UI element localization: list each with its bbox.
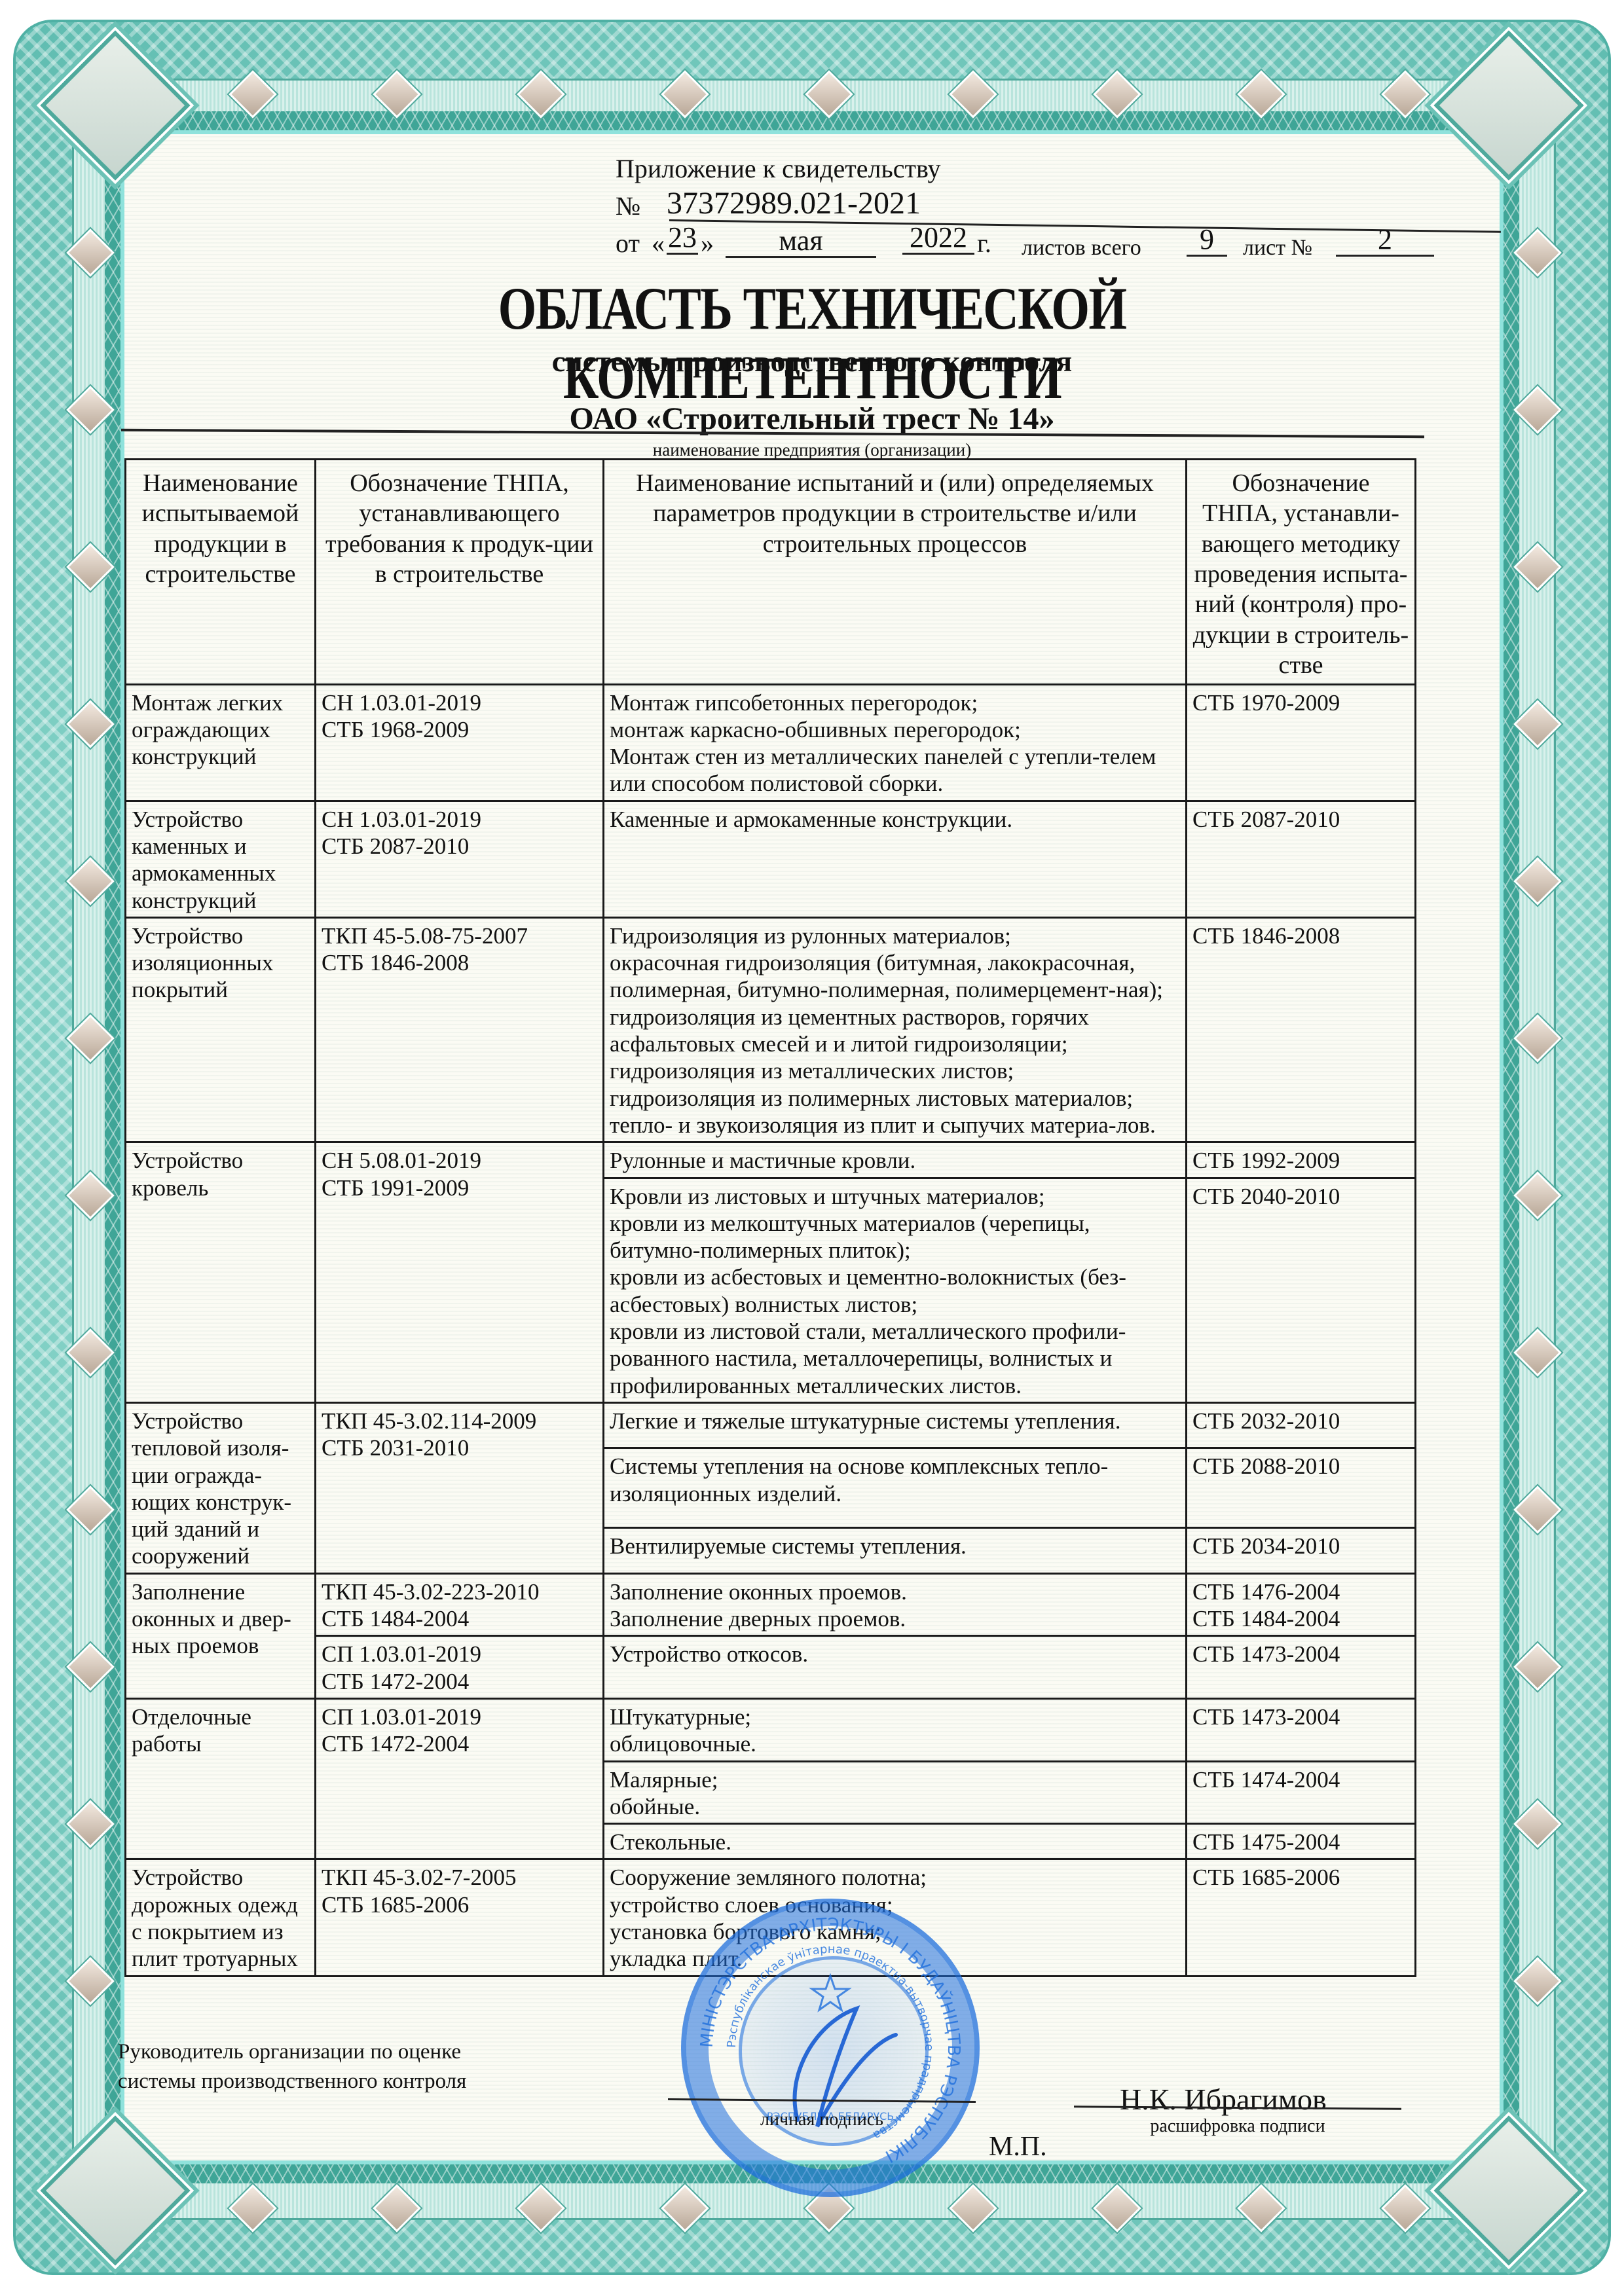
cell-line: СТБ 1484-2004 (322, 1605, 597, 1632)
methods-cell: СТБ 1685-2006 (1187, 1859, 1416, 1976)
sheet-label: лист № (1243, 236, 1312, 261)
tests-cell: Легкие и тяжелые штукатурные системы уте… (604, 1402, 1187, 1448)
date-year: 2022 (902, 223, 974, 255)
product-cell: Устройство кровель (126, 1142, 316, 1403)
cell-line: гидроизоляция из цементных растворов, го… (610, 1004, 1180, 1058)
cell-line: Кровли из листовых и штучных материалов; (610, 1183, 1180, 1210)
cell-line: СТБ 2087-2010 (322, 833, 597, 860)
name-caption: расшифровка подписи (1074, 2116, 1401, 2137)
product-cell: Устройство изоляционных покрытий (126, 917, 316, 1142)
methods-cell: СТБ 1474-2004 (1187, 1761, 1416, 1824)
stamp-text: МІНІСТЭРСТВА АРХІТЭКТУРЫ І БУДАЎНІЦТВА Р… (686, 1904, 974, 2192)
signer-name: Н.К. Ибрагимов (1120, 2082, 1327, 2117)
cell-line: ТКП 45-5.08-75-2007 (322, 922, 597, 949)
cell-line: СТБ 1992-2009 (1192, 1147, 1409, 1174)
signatory-role-line2: системы производственного контроля (118, 2067, 466, 2096)
signatory-role: Руководитель организации по оценке систе… (118, 2037, 466, 2096)
cell-line: Штукатурные; (610, 1704, 1180, 1730)
cell-line: СН 1.03.01-2019 (322, 806, 597, 833)
requirements-cell: ТКП 45-3.02-7-2005СТБ 1685-2006 (316, 1859, 604, 1976)
table-header-row: Наименование испытываемой продукции в ст… (126, 460, 1416, 685)
table-row: Устройство тепловой изоля-ции огражда-ющ… (126, 1402, 1416, 1448)
cell-line: Монтаж стен из металлических панелей с у… (610, 743, 1180, 797)
methods-cell: СТБ 2034-2010 (1187, 1528, 1416, 1573)
methods-cell: СТБ 1992-2009 (1187, 1142, 1416, 1178)
tests-cell: Каменные и армокаменные конструкции. (604, 801, 1187, 917)
product-cell: Устройство каменных и армокаменных конст… (126, 801, 316, 917)
tests-cell: Монтаж гипсобетонных перегородок;монтаж … (604, 684, 1187, 801)
date-day: 23 (667, 223, 698, 255)
quote-open: « (652, 230, 665, 257)
organization-caption: наименование предприятия (организации) (196, 440, 1428, 460)
cell-line: СТБ 2032-2010 (1192, 1408, 1409, 1434)
requirements-cell: ТКП 45-5.08-75-2007СТБ 1846-2008 (316, 917, 604, 1142)
document-subtitle: системы производственного контроля (196, 344, 1428, 378)
table-row: Устройство каменных и армокаменных конст… (126, 801, 1416, 917)
tests-cell: Кровли из листовых и штучных материалов;… (604, 1178, 1187, 1402)
table-row: Отделочные работыСП 1.03.01-2019СТБ 1472… (126, 1698, 1416, 1761)
cell-line: СТБ 1685-2006 (322, 1891, 597, 1918)
document-title: ОБЛАСТЬ ТЕХНИЧЕСКОЙ КОМПЕТЕНТНОСТИ (307, 274, 1317, 412)
tests-cell: Вентилируемые системы утепления. (604, 1528, 1187, 1573)
methods-cell: СТБ 1970-2009 (1187, 684, 1416, 801)
methods-cell: СТБ 1476-2004СТБ 1484-2004 (1187, 1573, 1416, 1636)
tests-cell: Штукатурные;облицовочные. (604, 1698, 1187, 1761)
cell-line: СТБ 2087-2010 (1192, 806, 1409, 833)
header-product: Наименование испытываемой продукции в ст… (126, 460, 316, 685)
official-stamp: МІНІСТЭРСТВА АРХІТЭКТУРЫ І БУДАЎНІЦТВА Р… (681, 1899, 980, 2197)
product-cell: Устройство тепловой изоля-ции огражда-ющ… (126, 1402, 316, 1573)
methods-cell: СТБ 2040-2010 (1187, 1178, 1416, 1402)
cell-line: СП 1.03.01-2019 (322, 1641, 597, 1667)
appendix-label: Приложение к свидетельству (616, 156, 940, 182)
cell-line: СТБ 1846-2008 (1192, 922, 1409, 949)
cell-line: Легкие и тяжелые штукатурные системы уте… (610, 1408, 1180, 1434)
tests-cell: Стекольные. (604, 1824, 1187, 1859)
methods-cell: СТБ 1473-2004 (1187, 1636, 1416, 1699)
cell-line: СТБ 1474-2004 (1192, 1766, 1409, 1793)
requirements-cell: СН 1.03.01-2019СТБ 2087-2010 (316, 801, 604, 917)
product-cell: Устройство дорожных одежд с покрытием из… (126, 1859, 316, 1976)
cell-line: облицовочные. (610, 1730, 1180, 1757)
product-cell: Монтаж легких ограждающих конструкций (126, 684, 316, 801)
cell-line: кровли из листовой стали, металлического… (610, 1318, 1180, 1399)
certificate-number: 37372989.021-2021 (667, 185, 921, 221)
cell-line: СТБ 1473-2004 (1192, 1641, 1409, 1667)
methods-cell: СТБ 1846-2008 (1187, 917, 1416, 1142)
cell-line: СП 1.03.01-2019 (322, 1704, 597, 1730)
cell-line: Монтаж гипсобетонных перегородок; (610, 689, 1180, 716)
cell-line: Рулонные и мастичные кровли. (610, 1147, 1180, 1174)
cell-line: СТБ 1476-2004 (1192, 1578, 1409, 1605)
cell-line: Гидроизоляция из рулонных материалов; (610, 922, 1180, 949)
cell-line: гидроизоляция из металлических листов; (610, 1057, 1180, 1084)
table-row: Заполнение оконных и двер-ных проемовТКП… (126, 1573, 1416, 1636)
cell-line: Вентилируемые системы утепления. (610, 1533, 1180, 1559)
date-month: мая (726, 226, 876, 258)
cell-line: СН 5.08.01-2019 (322, 1147, 597, 1174)
cell-line: обойные. (610, 1793, 1180, 1820)
cell-line: кровли из мелкоштучных материалов (череп… (610, 1210, 1180, 1264)
cell-line: кровли из асбестовых и цементно-волокнис… (610, 1264, 1180, 1318)
cell-line: СТБ 1846-2008 (322, 949, 597, 976)
tests-cell: Заполнение оконных проемов.Заполнение дв… (604, 1573, 1187, 1636)
signatory-role-line1: Руководитель организации по оценке (118, 2037, 466, 2067)
cell-line: гидроизоляция из полимерных листовых мат… (610, 1085, 1180, 1112)
sheets-total-label: листов всего (1022, 236, 1141, 261)
tests-cell: Гидроизоляция из рулонных материалов;окр… (604, 917, 1187, 1142)
cell-line: СТБ 1968-2009 (322, 716, 597, 743)
cell-line: СТБ 1473-2004 (1192, 1704, 1409, 1730)
cell-line: ТКП 45-3.02.114-2009 (322, 1408, 597, 1434)
cell-line: СТБ 2034-2010 (1192, 1533, 1409, 1559)
methods-cell: СТБ 2032-2010 (1187, 1402, 1416, 1448)
requirements-cell: ТКП 45-3.02-223-2010СТБ 1484-2004 (316, 1573, 604, 1636)
table-row: Устройство изоляционных покрытийТКП 45-5… (126, 917, 1416, 1142)
product-cell: Заполнение оконных и двер-ных проемов (126, 1573, 316, 1698)
table-row: Устройство кровельСН 5.08.01-2019СТБ 199… (126, 1142, 1416, 1178)
cell-line: СТБ 1970-2009 (1192, 689, 1409, 716)
tests-cell: Рулонные и мастичные кровли. (604, 1142, 1187, 1178)
cell-line: СТБ 1685-2006 (1192, 1864, 1409, 1891)
from-label: от (616, 230, 640, 257)
table-row: СП 1.03.01-2019СТБ 1472-2004Устройство о… (126, 1636, 1416, 1699)
table-row: Монтаж легких ограждающих конструкцийСН … (126, 684, 1416, 801)
cell-line: СТБ 2088-2010 (1192, 1453, 1409, 1480)
quote-close: » (701, 230, 714, 257)
header-methods: Обозначение ТНПА, устанавли-вающего мето… (1187, 460, 1416, 685)
header-tests: Наименование испытаний и (или) определяе… (604, 460, 1187, 685)
requirements-cell: СН 1.03.01-2019СТБ 1968-2009 (316, 684, 604, 801)
cell-line: ТКП 45-3.02-7-2005 (322, 1864, 597, 1891)
cell-line: Устройство откосов. (610, 1641, 1180, 1667)
cell-line: Системы утепления на основе комплексных … (610, 1453, 1180, 1507)
tests-cell: Устройство откосов. (604, 1636, 1187, 1699)
signature-caption: личная подпись (668, 2109, 976, 2130)
methods-cell: СТБ 2088-2010 (1187, 1448, 1416, 1528)
cell-line: Стекольные. (610, 1829, 1180, 1855)
table-body: Монтаж легких ограждающих конструкцийСН … (126, 684, 1416, 1976)
requirements-cell: СП 1.03.01-2019СТБ 1472-2004 (316, 1698, 604, 1859)
cell-line: Сооружение земляного полотна; (610, 1864, 1180, 1891)
cell-line: СТБ 1472-2004 (322, 1730, 597, 1757)
cell-line: ТКП 45-3.02-223-2010 (322, 1578, 597, 1605)
header-requirements: Обозначение ТНПА, устанавливающего требо… (316, 460, 604, 685)
cell-line: СТБ 1472-2004 (322, 1668, 597, 1695)
cell-line: Малярные; (610, 1766, 1180, 1793)
cell-line: Заполнение дверных проемов. (610, 1605, 1180, 1632)
year-suffix: г. (977, 230, 991, 257)
tests-cell: Малярные;обойные. (604, 1761, 1187, 1824)
methods-cell: СТБ 1473-2004 (1187, 1698, 1416, 1761)
number-sign: № (616, 193, 640, 219)
methods-cell: СТБ 1475-2004 (1187, 1824, 1416, 1859)
requirements-cell: СП 1.03.01-2019СТБ 1472-2004 (316, 1636, 604, 1699)
cell-line: СТБ 2031-2010 (322, 1434, 597, 1461)
methods-cell: СТБ 2087-2010 (1187, 801, 1416, 917)
cell-line: СТБ 2040-2010 (1192, 1183, 1409, 1210)
cell-line: Заполнение оконных проемов. (610, 1578, 1180, 1605)
cell-line: Каменные и армокаменные конструкции. (610, 806, 1180, 833)
cell-line: окрасочная гидроизоляция (битумная, лако… (610, 949, 1180, 1004)
requirements-cell: ТКП 45-3.02.114-2009СТБ 2031-2010 (316, 1402, 604, 1573)
cell-line: СТБ 1484-2004 (1192, 1605, 1409, 1632)
cell-line: СН 1.03.01-2019 (322, 689, 597, 716)
requirements-cell: СН 5.08.01-2019СТБ 1991-2009 (316, 1142, 604, 1403)
sheets-total: 9 (1187, 225, 1227, 257)
sheet-number: 2 (1336, 225, 1434, 257)
competence-table: Наименование испытываемой продукции в ст… (124, 458, 1416, 1977)
cell-line: СТБ 1991-2009 (322, 1175, 597, 1201)
tests-cell: Системы утепления на основе комплексных … (604, 1448, 1187, 1528)
cell-line: СТБ 1475-2004 (1192, 1829, 1409, 1855)
cell-line: тепло- и звукоизоляция из плит и сыпучих… (610, 1112, 1180, 1139)
seal-label: М.П. (989, 2131, 1047, 2162)
product-cell: Отделочные работы (126, 1698, 316, 1859)
cell-line: монтаж каркасно-обшивных перегородок; (610, 716, 1180, 743)
